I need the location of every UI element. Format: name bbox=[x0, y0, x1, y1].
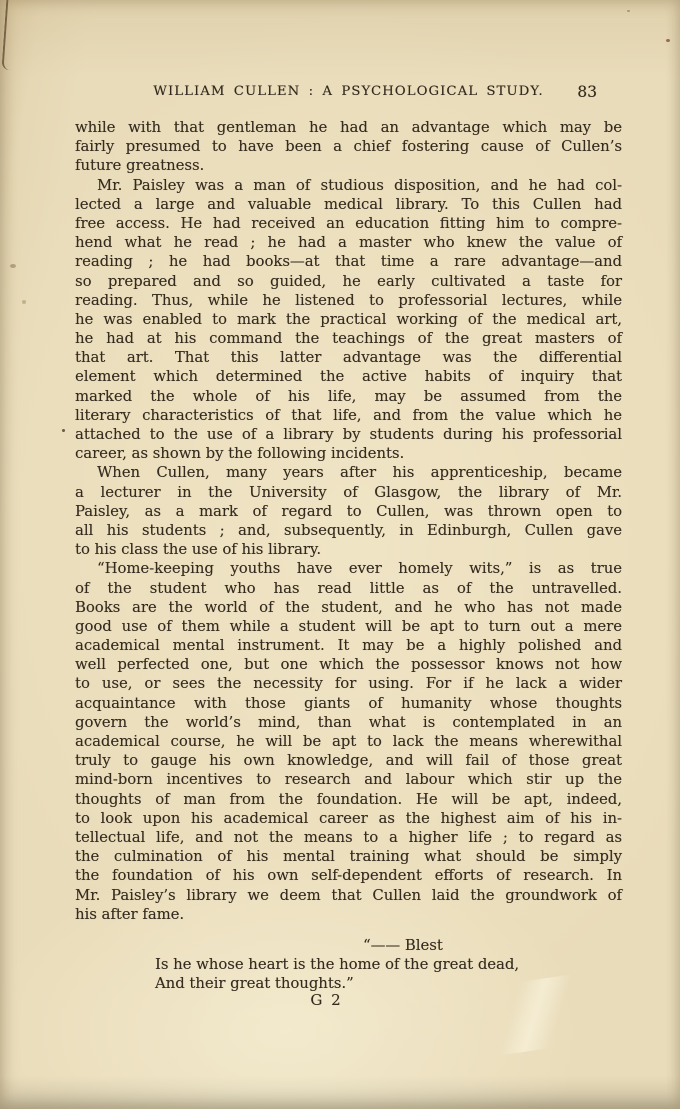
text-line: lected a large and valuable medical libr… bbox=[75, 195, 622, 214]
text-line: Paisley, as a mark of regard to Cullen, … bbox=[75, 502, 622, 521]
text-line: of the student who has read little as of… bbox=[75, 579, 622, 598]
paper-speck bbox=[627, 10, 630, 12]
text-line: the culmination of his mental training w… bbox=[75, 847, 622, 866]
text-line: so prepared and so guided, he early cult… bbox=[75, 272, 622, 291]
paper-speck bbox=[62, 429, 65, 432]
book-page: WILLIAM CULLEN : A PSYCHOLOGICAL STUDY. … bbox=[0, 0, 680, 1109]
text-line: hend what he read ; he had a master who … bbox=[75, 233, 622, 252]
paragraph: while with that gentleman he had an adva… bbox=[75, 118, 622, 176]
verse-line: Is he whose heart is the home of the gre… bbox=[75, 955, 622, 974]
text-line: acquaintance with those giants of humani… bbox=[75, 694, 622, 713]
text-line: tellectual life, and not the means to a … bbox=[75, 828, 622, 847]
text-line: all his students ; and, subsequently, in… bbox=[75, 521, 622, 540]
text-line: academical mental instrument. It may be … bbox=[75, 636, 622, 655]
page-edge-mark bbox=[1, 0, 14, 70]
text-line: while with that gentleman he had an adva… bbox=[75, 118, 622, 137]
text-line: to his class the use of his library. bbox=[75, 540, 622, 559]
text-line: that art. That this latter advantage was… bbox=[75, 348, 622, 367]
paper-speck bbox=[10, 264, 16, 268]
text-line: When Cullen, many years after his appren… bbox=[75, 463, 622, 482]
text-line: the foundation of his own self-dependent… bbox=[75, 866, 622, 885]
verse-line: “—— Blest bbox=[75, 936, 622, 955]
page-number: 83 bbox=[577, 83, 597, 101]
paragraph: Mr. Paisley was a man of studious dispos… bbox=[75, 176, 622, 464]
text-line: govern the world’s mind, than what is co… bbox=[75, 713, 622, 732]
text-line: academical course, he will be apt to lac… bbox=[75, 732, 622, 751]
text-line: good use of them while a student will be… bbox=[75, 617, 622, 636]
text-line: to use, or sees the necessity for using.… bbox=[75, 674, 622, 693]
paper-speck bbox=[666, 39, 670, 42]
text-line: well perfected one, but one which the po… bbox=[75, 655, 622, 674]
text-line: he was enabled to mark the practical wor… bbox=[75, 310, 622, 329]
text-line: his after fame. bbox=[75, 905, 622, 924]
body-text: while with that gentleman he had an adva… bbox=[75, 118, 622, 924]
text-line: truly to gauge his own knowledge, and wi… bbox=[75, 751, 622, 770]
text-line: reading ; he had books—at that time a ra… bbox=[75, 252, 622, 271]
text-line: thoughts of man from the foundation. He … bbox=[75, 790, 622, 809]
text-line: Mr. Paisley’s library we deem that Culle… bbox=[75, 886, 622, 905]
text-line: attached to the use of a library by stud… bbox=[75, 425, 622, 444]
text-line: he had at his command the teachings of t… bbox=[75, 329, 622, 348]
paragraph: “Home-keeping youths have ever homely wi… bbox=[75, 559, 622, 924]
text-line: reading. Thus, while he listened to prof… bbox=[75, 291, 622, 310]
text-line: career, as shown by the following incide… bbox=[75, 444, 622, 463]
text-line: fairly presumed to have been a chief fos… bbox=[75, 137, 622, 156]
text-line: mind-born incentives to research and lab… bbox=[75, 770, 622, 789]
text-line: element which determined the active habi… bbox=[75, 367, 622, 386]
running-header-title: WILLIAM CULLEN : A PSYCHOLOGICAL STUDY. bbox=[75, 84, 622, 99]
text-line: free access. He had received an educatio… bbox=[75, 214, 622, 233]
verse-quote: “—— BlestIs he whose heart is the home o… bbox=[75, 936, 622, 993]
paper-speck bbox=[22, 300, 26, 304]
text-line: marked the whole of his life, may be ass… bbox=[75, 387, 622, 406]
text-line: a lecturer in the University of Glasgow,… bbox=[75, 483, 622, 502]
text-line: Books are the world of the student, and … bbox=[75, 598, 622, 617]
running-header: WILLIAM CULLEN : A PSYCHOLOGICAL STUDY. … bbox=[75, 84, 622, 104]
text-line: “Home-keeping youths have ever homely wi… bbox=[75, 559, 622, 578]
paragraph: When Cullen, many years after his appren… bbox=[75, 463, 622, 559]
text-line: literary characteristics of that life, a… bbox=[75, 406, 622, 425]
text-line: Mr. Paisley was a man of studious dispos… bbox=[75, 176, 622, 195]
text-line: to look upon his academical career as th… bbox=[75, 809, 622, 828]
signature-mark: G 2 bbox=[53, 991, 600, 1009]
text-line: future greatness. bbox=[75, 156, 622, 175]
